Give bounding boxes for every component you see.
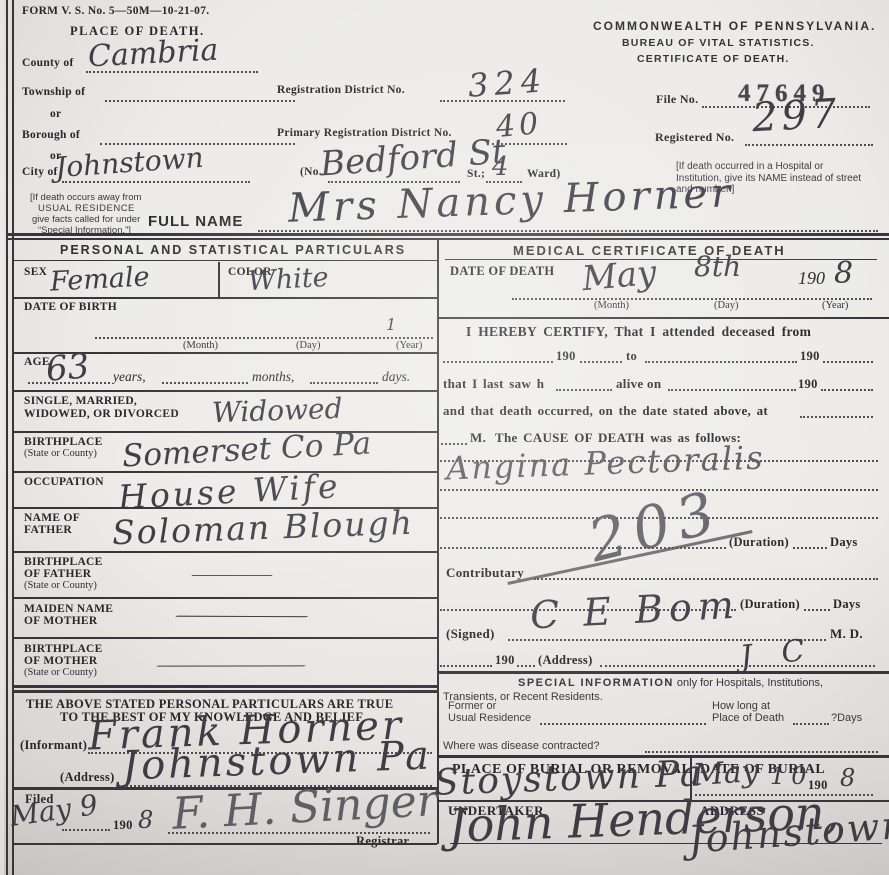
sex-color-divider: [218, 262, 220, 297]
age-months-label: months,: [252, 369, 294, 385]
howlong-label-2: Place of Death: [712, 712, 784, 724]
from-190: 190: [556, 349, 576, 364]
med-address-label: (Address): [538, 653, 593, 668]
father-bp-label-1: BIRTHPLACE: [24, 556, 103, 568]
signed-label: (Signed): [446, 626, 495, 642]
last-saw-text: that I last saw h: [443, 376, 544, 392]
former-label-1: Former or: [448, 700, 496, 712]
street-no-label: (No.: [300, 166, 322, 178]
m-line: [441, 442, 467, 445]
dob-line: [95, 336, 433, 339]
age-rule: [14, 390, 437, 392]
residence-note-line3: give facts called for under: [32, 214, 140, 226]
marital-label-1: SINGLE, MARRIED,: [24, 395, 137, 407]
residence-note-line2: USUAL RESIDENCE: [38, 203, 135, 215]
county-label: County of: [22, 57, 74, 69]
filed-year-printed: 190: [113, 818, 133, 833]
alive-190: 190: [798, 377, 818, 392]
marital-value: Widowed: [211, 392, 343, 430]
form-number: FORM V. S. No. 5—50M—10-21-07.: [22, 5, 209, 17]
to-190: 190: [800, 349, 820, 364]
mother-label-2: OF MOTHER: [24, 615, 98, 627]
dod-line: [512, 297, 872, 300]
dod-rule: [437, 317, 889, 319]
birthplace-label: BIRTHPLACE: [24, 436, 103, 448]
father-bp-sub-label: (State or County): [24, 580, 97, 591]
dod-day-value: 8th: [694, 250, 741, 283]
duration2-label: (Duration): [740, 597, 800, 612]
m-label: M.: [470, 430, 486, 446]
commonwealth-title: COMMONWEALTH OF PENNSYLVANIA.: [593, 19, 876, 33]
howlong-label-1: How long at: [712, 700, 770, 712]
death-occurred-line: [800, 415, 873, 418]
township-label: Township of: [22, 86, 85, 98]
undertaker-rule: [450, 843, 882, 844]
dob-month-label: (Month): [183, 340, 218, 351]
mother-bp-label-1: BIRTHPLACE: [24, 643, 103, 655]
filed-date-value: May 9: [8, 788, 100, 833]
filed-line: [62, 828, 110, 831]
header-rule-top: [6, 233, 889, 236]
duration-line-1: [440, 546, 726, 549]
to-line: [645, 360, 797, 363]
to-label: to: [626, 349, 637, 364]
certificate-title: CERTIFICATE OF DEATH.: [637, 53, 790, 65]
birthplace-sub-label: (State or County): [24, 448, 97, 459]
signed-value: C E Bom: [529, 583, 741, 638]
personal-title-rule: [14, 260, 437, 261]
from-line-2: [580, 360, 622, 363]
days-label: Days: [830, 535, 858, 550]
sex-value: Female: [49, 261, 150, 297]
dod-year-value: 8: [834, 256, 853, 291]
father-bp-value: —: [188, 566, 276, 583]
disease-line: [645, 750, 878, 753]
sex-row-rule: [14, 297, 437, 299]
marital-label-2: WIDOWED, OR DIVORCED: [24, 408, 179, 420]
special-info-text: SPECIAL INFORMATION only for Hospitals, …: [443, 677, 875, 704]
age-days-label: days.: [382, 369, 410, 385]
dod-day-label: (Day): [714, 300, 739, 311]
med-address-line: [600, 664, 875, 667]
special-info-rest2: Recent Residents.: [513, 691, 603, 703]
age-line-2: [162, 381, 248, 384]
dob-year-value: 1: [386, 315, 396, 334]
age-line-1: [28, 381, 110, 384]
from-line-1: [443, 360, 553, 363]
days-q-label: ?Days: [831, 712, 862, 724]
father-bp-rule: [14, 597, 437, 599]
days2-label: Days: [833, 597, 861, 612]
mother-bp-sub-label: (State or County): [24, 667, 97, 678]
statement-rule-bottom: [14, 690, 437, 693]
last-saw-line-1: [556, 388, 612, 391]
township-line: [105, 99, 295, 102]
contributary-line: [534, 577, 878, 580]
reg-district-label: Registration District No.: [277, 84, 405, 96]
father-label-1: NAME OF: [24, 512, 80, 524]
sex-label: SEX: [24, 266, 47, 278]
registered-no-label: Registered No.: [655, 130, 734, 145]
cause-value: Angina Pectoralis: [445, 438, 765, 487]
bureau-title: BUREAU OF VITAL STATISTICS.: [622, 37, 815, 49]
full-name-label: FULL NAME: [148, 213, 243, 230]
former-label-2: Usual Residence: [448, 712, 531, 724]
duration2-line-2: [804, 608, 830, 611]
filed-year-value: 8: [138, 806, 153, 834]
dob-label: DATE OF BIRTH: [24, 301, 117, 313]
dod-year-label: (Year): [822, 300, 848, 311]
former-line: [540, 722, 706, 725]
informant-label: (Informant): [20, 738, 87, 753]
disease-label: Where was disease contracted?: [443, 740, 600, 752]
alive-on-label: alive on: [616, 376, 661, 392]
city-value: Johnstown: [54, 141, 205, 184]
borough-label: Borough of: [22, 129, 80, 141]
color-value: White: [247, 262, 329, 297]
med-address-scribble: J C: [738, 632, 816, 675]
left-border-outer: [6, 0, 8, 875]
file-no-label: File No.: [656, 92, 698, 107]
father-label-2: FATHER: [24, 524, 72, 536]
father-bp-label-2: OF FATHER: [24, 568, 91, 580]
year-line-2: [517, 664, 535, 667]
death-occurred-text: and that death occurred, on the date sta…: [443, 403, 768, 419]
certify-text: I HEREBY CERTIFY, That I attended deceas…: [466, 324, 811, 340]
scan-edge: [0, 0, 4, 875]
mother-bp-value: —: [148, 656, 313, 675]
mother-bp-label-2: OF MOTHER: [24, 655, 98, 667]
dod-year-printed: 190: [798, 268, 825, 289]
year-line-1: [440, 664, 492, 667]
death-certificate-document: FORM V. S. No. 5—50M—10-21-07. PLACE OF …: [0, 0, 889, 875]
column-divider: [437, 238, 439, 844]
medical-title-rule: [445, 259, 877, 260]
registered-no-value: 297: [751, 91, 842, 142]
registrar-label: Registrar: [356, 834, 409, 849]
father-rule: [14, 551, 437, 553]
dob-day-label: (Day): [296, 340, 321, 351]
alive-line-2: [821, 388, 873, 391]
contributary-label: Contributary: [446, 565, 524, 581]
dod-month-label: (Month): [594, 300, 629, 311]
residence-note-line1: [If death occurs away from: [30, 192, 141, 204]
year-printed: 190: [495, 653, 515, 668]
statement-rule-top: [14, 685, 437, 688]
or-1: or: [50, 108, 61, 120]
city-label: City of: [22, 166, 58, 178]
duration-label: (Duration): [729, 535, 789, 550]
mother-rule: [14, 637, 437, 639]
informant-address-label: (Address): [60, 770, 115, 785]
special-rule: [437, 671, 889, 674]
md-label: M. D.: [830, 626, 863, 642]
burial-year-value: 8: [840, 764, 855, 792]
county-value: Cambria: [87, 33, 219, 75]
occupation-label: OCCUPATION: [24, 476, 104, 488]
to-line-2: [823, 360, 873, 363]
alive-line: [668, 388, 796, 391]
registered-no-line: [745, 143, 873, 146]
dob-year-label: (Year): [396, 340, 422, 351]
header-rule-bottom: [6, 238, 889, 240]
left-bottom-rule: [14, 843, 437, 845]
mother-value: —: [167, 606, 317, 625]
dod-label: DATE OF DEATH: [450, 264, 554, 279]
special-info-bold: SPECIAL INFORMATION: [518, 677, 674, 689]
personal-section-title: PERSONAL AND STATISTICAL PARTICULARS: [60, 243, 406, 257]
age-line-3: [310, 381, 378, 384]
howlong-line: [793, 722, 829, 725]
reg-district-value: 324: [467, 61, 549, 104]
mother-label-1: MAIDEN NAME: [24, 603, 113, 615]
dod-month-value: May: [580, 253, 658, 299]
age-years-label: years,: [113, 369, 146, 385]
left-border-inner: [12, 0, 14, 875]
duration-line-2: [793, 546, 827, 549]
